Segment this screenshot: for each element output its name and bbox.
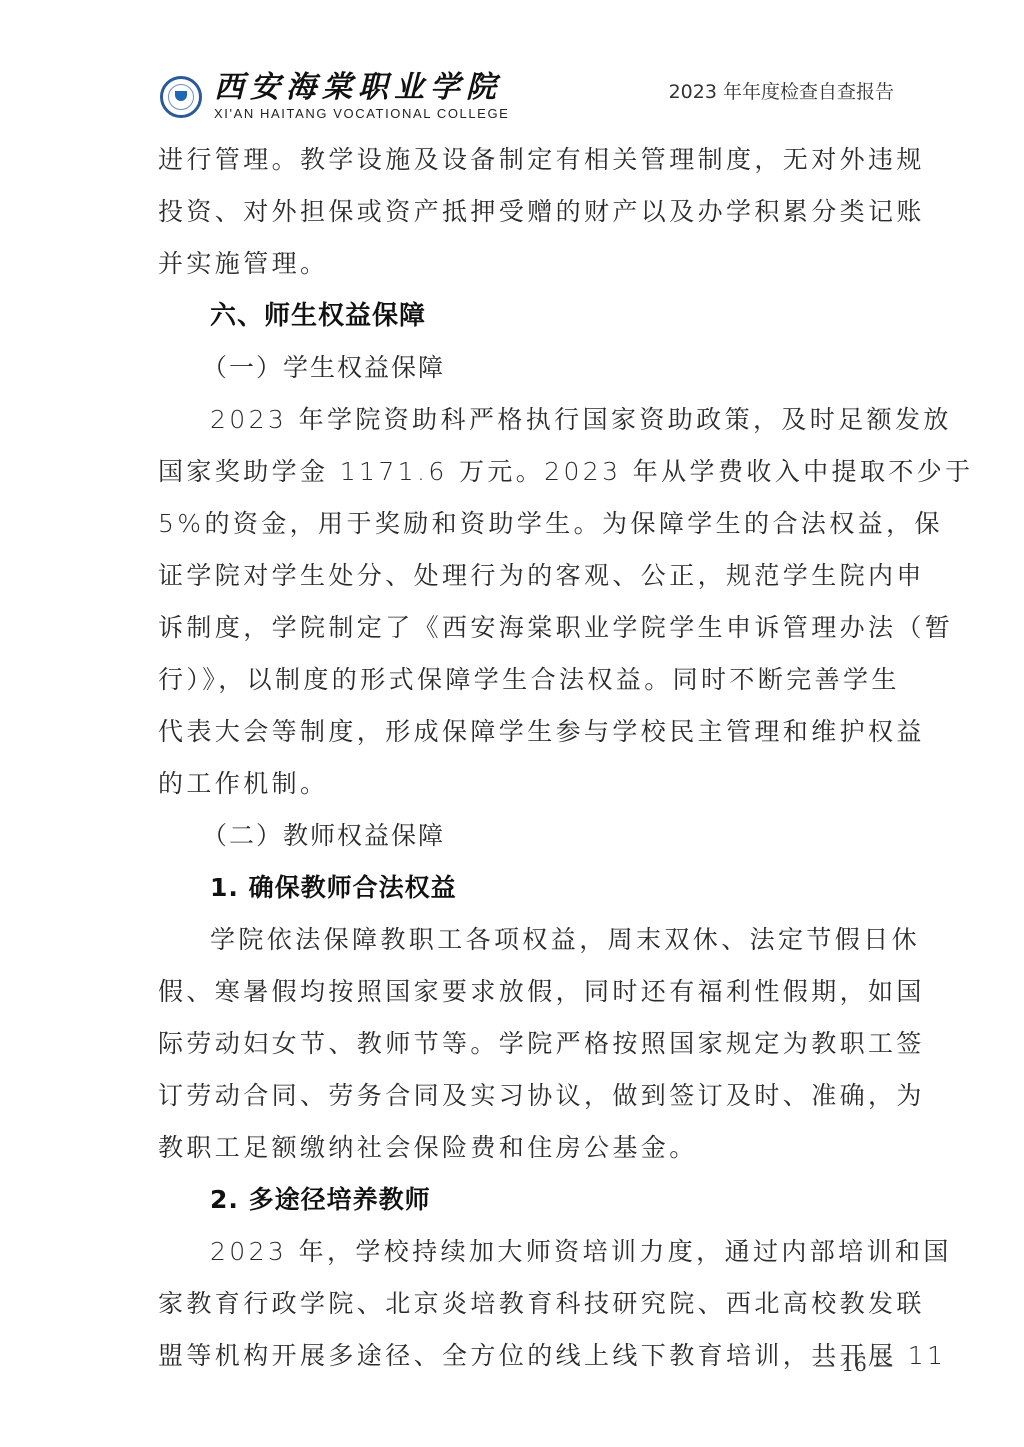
paragraph-line: 并实施管理。 bbox=[158, 238, 898, 290]
document-title: 2023 年年度检查自查报告 bbox=[669, 77, 894, 104]
subsection-heading: （二）教师权益保障 bbox=[158, 810, 898, 862]
paragraph-line: 2023 年学院资助科严格执行国家资助政策，及时足额发放 bbox=[158, 394, 898, 446]
college-seal-icon bbox=[160, 76, 202, 118]
paragraph-line: 5%的资金，用于奖励和资助学生。为保障学生的合法权益，保 bbox=[158, 498, 898, 550]
numbered-heading: 1. 确保教师合法权益 bbox=[158, 862, 898, 914]
subsection-heading: （一）学生权益保障 bbox=[158, 342, 898, 394]
paragraph-line: 代表大会等制度，形成保障学生参与学校民主管理和维护权益 bbox=[158, 706, 898, 758]
logo-text: 西安海棠职业学院 XI'AN HAITANG VOCATIONAL COLLEG… bbox=[214, 72, 509, 122]
numbered-heading: 2. 多途径培养教师 bbox=[158, 1174, 898, 1226]
paragraph-line: 盟等机构开展多途径、全方位的线上线下教育培训，共开展 11 bbox=[158, 1330, 898, 1382]
paragraph-line: 投资、对外担保或资产抵押受赠的财产以及办学积累分类记账 bbox=[158, 186, 898, 238]
paragraph-line: 2023 年，学校持续加大师资培训力度，通过内部培训和国 bbox=[158, 1226, 898, 1278]
section-heading: 六、师生权益保障 bbox=[158, 290, 898, 342]
paragraph-line: 学院依法保障教职工各项权益，周末双休、法定节假日休 bbox=[158, 914, 898, 966]
logo-chinese-name: 西安海棠职业学院 bbox=[214, 72, 509, 104]
paragraph-line: 诉制度，学院制定了《西安海棠职业学院学生申诉管理办法（暂 bbox=[158, 602, 898, 654]
page-number: — 16 — bbox=[815, 1352, 893, 1376]
paragraph-line: 国家奖助学金 1171.6 万元。2023 年从学费收入中提取不少于 bbox=[158, 446, 898, 498]
paragraph-line: 进行管理。教学设施及设备制定有相关管理制度，无对外违规 bbox=[158, 134, 898, 186]
paragraph-line: 的工作机制。 bbox=[158, 758, 898, 810]
document-body: 进行管理。教学设施及设备制定有相关管理制度，无对外违规 投资、对外担保或资产抵押… bbox=[158, 134, 898, 1382]
paragraph-line: 家教育行政学院、北京炎培教育科技研究院、西北高校教发联 bbox=[158, 1278, 898, 1330]
paragraph-line: 教职工足额缴纳社会保险费和住房公基金。 bbox=[158, 1122, 898, 1174]
paragraph-line: 假、寒暑假均按照国家要求放假，同时还有福利性假期，如国 bbox=[158, 966, 898, 1018]
paragraph-line: 证学院对学生处分、处理行为的客观、公正，规范学生院内申 bbox=[158, 550, 898, 602]
logo-english-name: XI'AN HAITANG VOCATIONAL COLLEGE bbox=[214, 106, 509, 122]
paragraph-line: 订劳动合同、劳务合同及实习协议，做到签订及时、准确，为 bbox=[158, 1070, 898, 1122]
paragraph-line: 际劳动妇女节、教师节等。学院严格按照国家规定为教职工签 bbox=[158, 1018, 898, 1070]
college-logo: 西安海棠职业学院 XI'AN HAITANG VOCATIONAL COLLEG… bbox=[160, 72, 509, 122]
paragraph-line: 行）》，以制度的形式保障学生合法权益。同时不断完善学生 bbox=[158, 654, 898, 706]
